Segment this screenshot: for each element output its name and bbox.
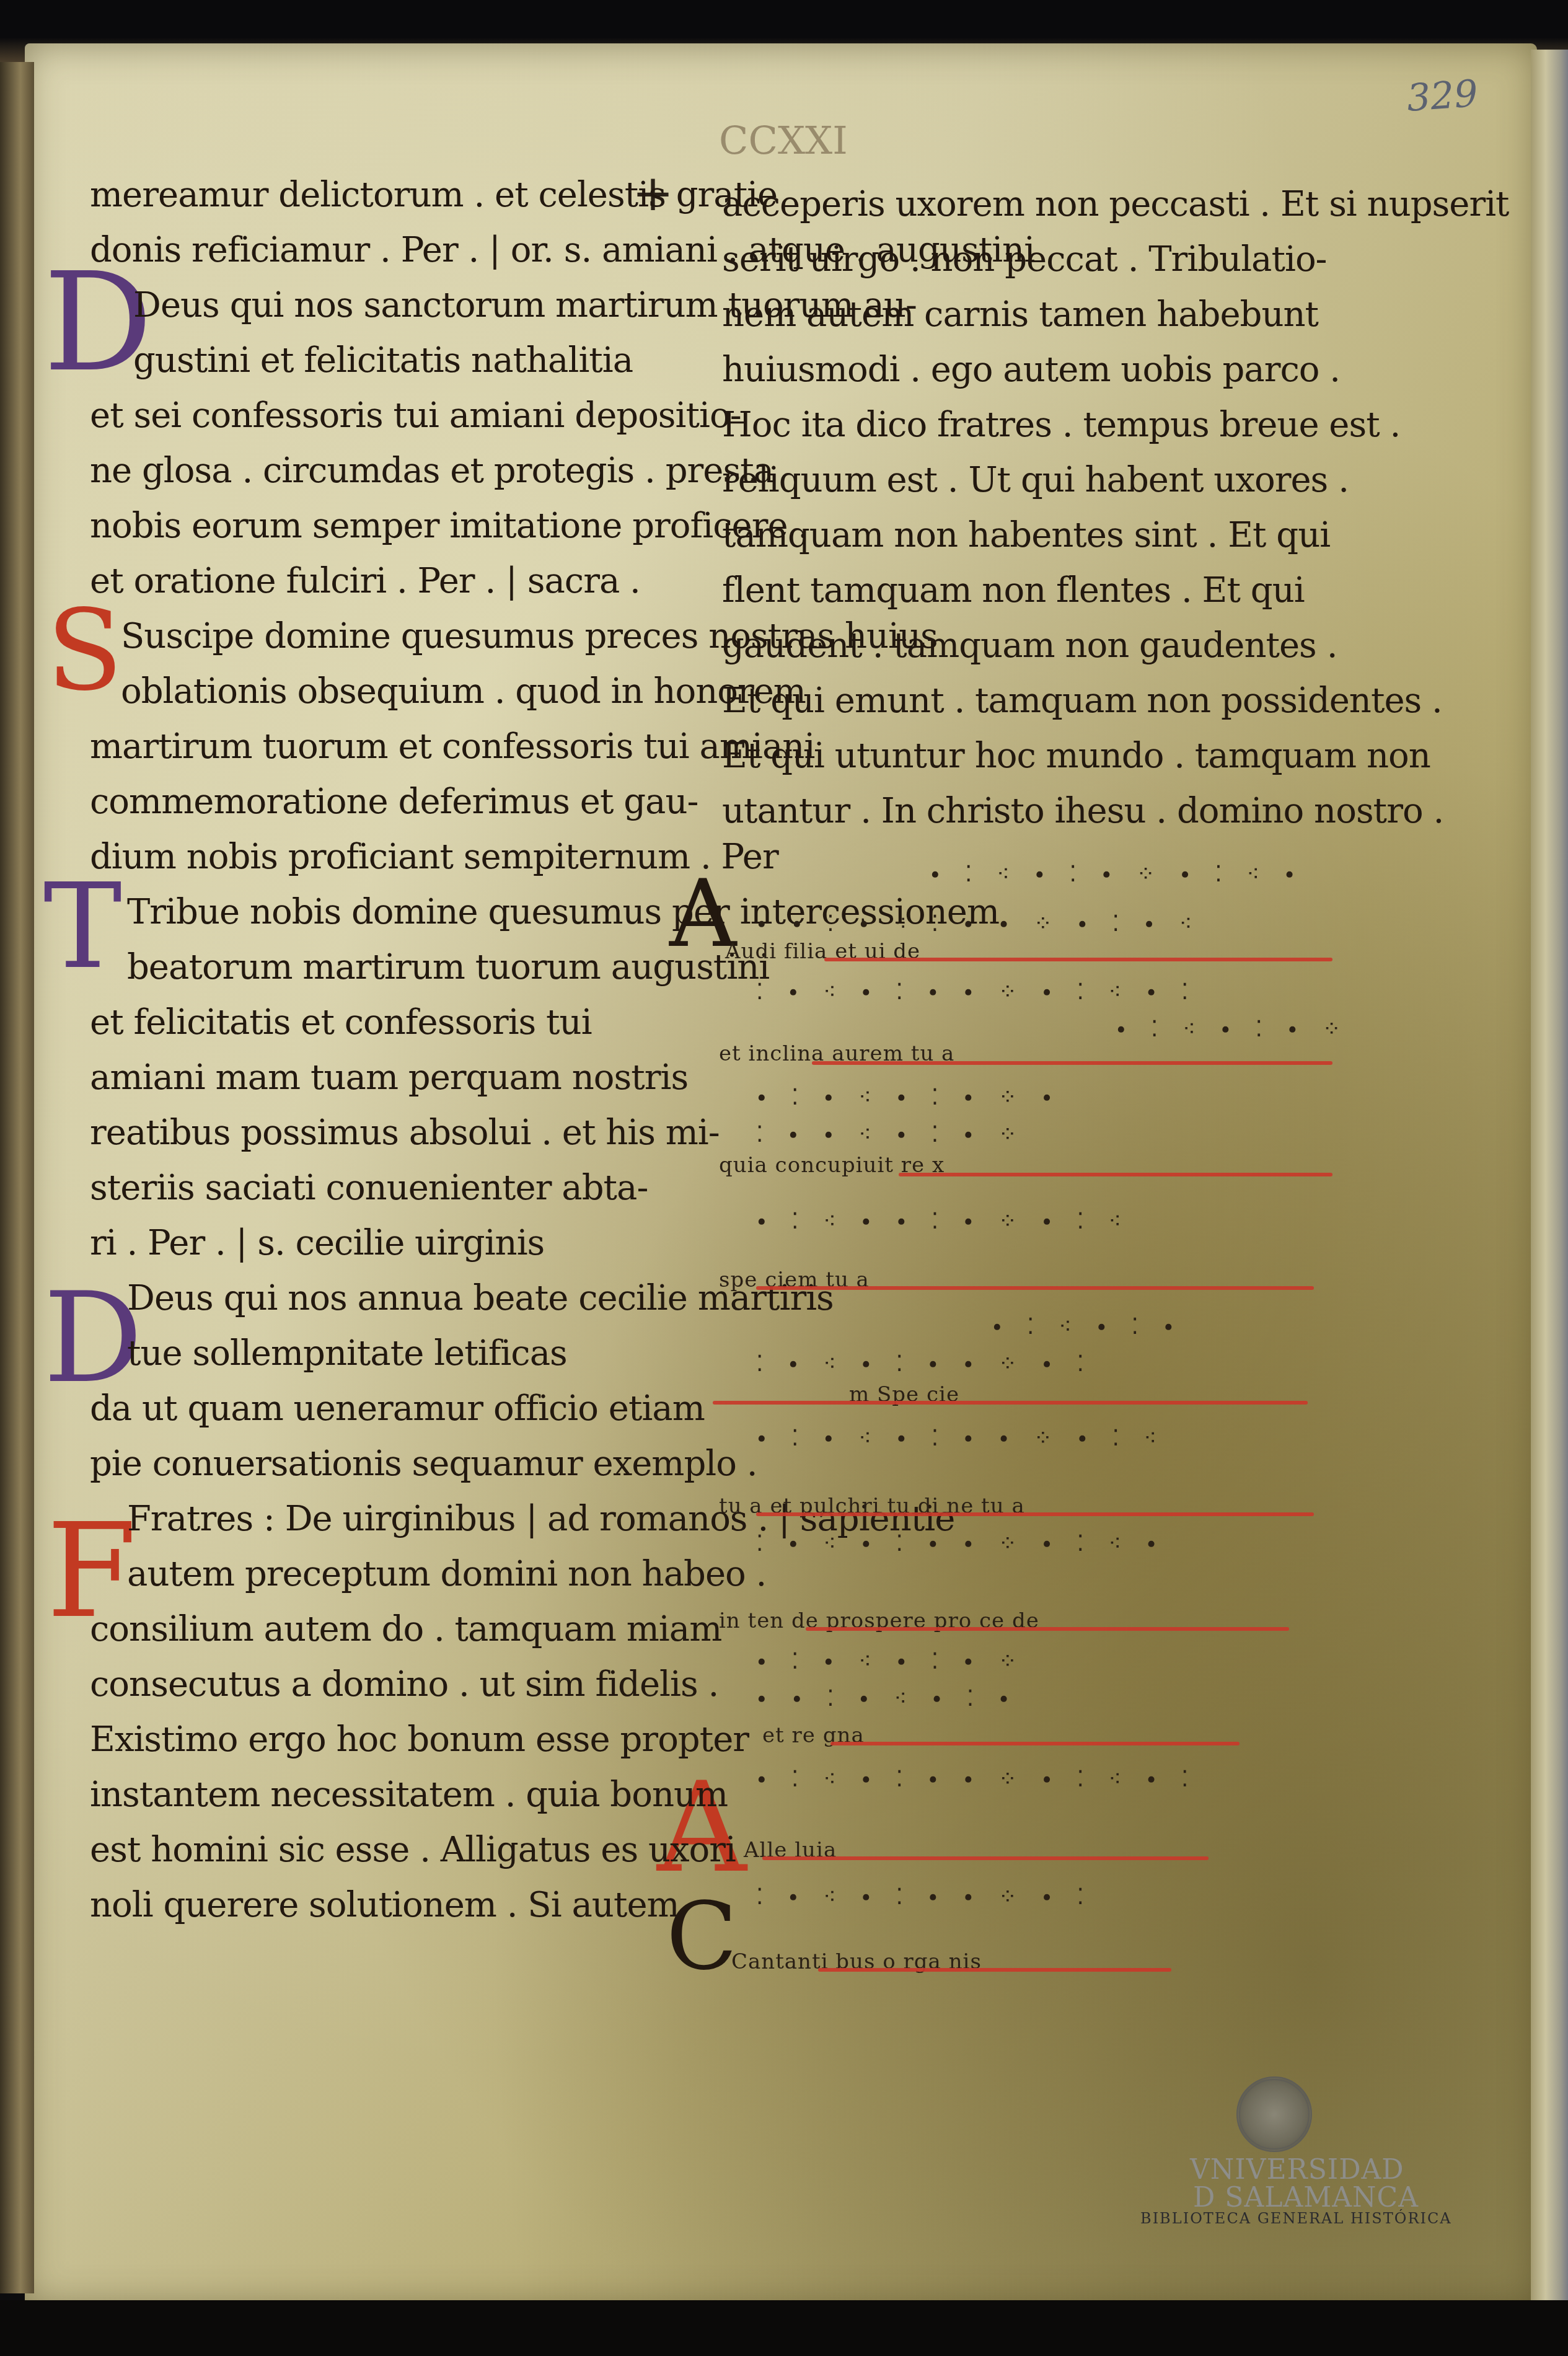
text-line: reliquum est . Ut qui habent uxores . — [722, 452, 1292, 508]
red-staff-line — [830, 1742, 1240, 1745]
text-line: da ut quam ueneramur officio etiam — [90, 1381, 660, 1436]
text-line: reatibus possimus absolui . et his mi- — [90, 1105, 660, 1160]
text-line: flent tamquam non flentes . Et qui — [722, 563, 1292, 618]
red-staff-line — [824, 958, 1332, 961]
folio-number: 329 — [1406, 72, 1479, 120]
text-line: est homini sic esse . Alligatus es uxori — [90, 1822, 660, 1877]
text-line: nem autem carnis tamen habebunt — [722, 287, 1292, 342]
neumes: ∙ ⁚ ∙ ⁖ ∙ ⁚ ∙ ⁘ — [756, 1649, 1026, 1674]
text-line: et sei confessoris tui amiani depositio- — [90, 388, 660, 443]
text-line: consilium autem do . tamquam miam — [90, 1602, 660, 1657]
text-line: Hoc ita dico fratres . tempus breue est … — [722, 397, 1292, 452]
text-line: Deus qui nos annua beate cecilie martiri… — [90, 1271, 660, 1326]
neumes: ∙ ⁚ ∙ ⁖ ∙ ⁚ ∙ ⁘ ∙ — [756, 1085, 1061, 1110]
red-staff-line — [818, 1968, 1171, 1972]
text-line: noli querere solutionem . Si autem — [90, 1877, 660, 1933]
text-line: et felicitatis et confessoris tui — [90, 995, 660, 1050]
neumes: ∙ ∙ ⁚ ∙ ⁖ ⁚ ∙ ∙ ⁘ ∙ ⁚ ∙ ⁖ — [756, 911, 1201, 937]
text-line: instantem necessitatem . quia bonum — [90, 1767, 660, 1822]
neumes: ∙ ⁚ ∙ ⁖ ∙ ⁚ ∙ ∙ ⁘ ∙ ⁚ ⁖ — [756, 1426, 1165, 1451]
text-line: dium nobis proficiant sempiternum . Per — [90, 829, 660, 885]
watermark-line-1: VNIVERSIDAD — [1190, 2154, 1404, 2186]
text-line: serit uirgo . non peccat . Tribulatio- — [722, 232, 1292, 287]
red-staff-line — [756, 1512, 1314, 1516]
text-line: beatorum martirum tuorum augustini — [90, 940, 660, 995]
text-line: commemoratione deferimus et gau- — [90, 774, 660, 829]
text-line: Et qui utuntur hoc mundo . tamquam non — [722, 728, 1292, 783]
text-line: Deus qui nos sanctorum martirum tuorum a… — [90, 278, 660, 333]
text-line: mereamur delictorum . et celestis gratie — [90, 167, 660, 223]
text-line: huiusmodi . ego autem uobis parco . — [722, 342, 1292, 397]
text-line: amiani mam tuam perquam nostris — [90, 1050, 660, 1105]
text-line: donis reficiamur . Per . | or. s. amiani… — [90, 223, 660, 278]
text-line: Existimo ergo hoc bonum esse propter — [90, 1712, 660, 1767]
text-line: consecutus a domino . ut sim fidelis . — [90, 1657, 660, 1712]
text-line: tue sollempnitate letificas — [90, 1326, 660, 1381]
neumes: ∙ ⁚ ⁖ ∙ ∙ ⁚ ∙ ⁘ ∙ ⁚ ⁖ — [756, 1209, 1130, 1234]
background-bottom — [0, 2300, 1568, 2356]
left-column-text: mereamur delictorum . et celestis gratie… — [90, 167, 660, 1933]
text-line: ne glosa . circumdas et protegis . prest… — [90, 443, 660, 498]
neumes: ⁚ ∙ ⁖ ∙ ⁚ ∙ ∙ ⁘ ∙ ⁚ — [756, 1884, 1093, 1910]
red-staff-line — [713, 1401, 1308, 1405]
text-line: et oratione fulciri . Per . | sacra . — [90, 554, 660, 609]
red-staff-line — [756, 1286, 1314, 1290]
text-line: nobis eorum semper imitatione proficere … — [90, 498, 660, 554]
neumes: ∙ ⁚ ⁖ ∙ ⁚ ∙ ⁘ ∙ ⁚ ⁖ ∙ — [930, 862, 1303, 887]
red-staff-line — [762, 1856, 1209, 1860]
text-line: autem preceptum domini non habeo . — [90, 1546, 660, 1602]
text-line: oblationis obsequium . quod in honorem — [90, 664, 660, 719]
quire-mark: CCXXI — [719, 118, 848, 163]
red-staff-line — [812, 1061, 1332, 1065]
right-column-text: acceperis uxorem non peccasti . Et si nu… — [722, 177, 1292, 839]
neumes: ⁚ ∙ ∙ ⁖ ∙ ⁚ ∙ ⁘ — [756, 1122, 1026, 1147]
page-fore-edge — [1531, 50, 1568, 2331]
text-line: Suscipe domine quesumus preces nostras h… — [90, 609, 660, 664]
text-line: Fratres : De uirginibus | ad romanos . |… — [90, 1491, 660, 1546]
text-line: Tribue nobis domine quesumus per interce… — [90, 885, 660, 940]
neumes: ⁚ ∙ ⁖ ∙ ⁚ ∙ ∙ ⁘ ∙ ⁚ ⁖ ∙ ⁚ — [756, 979, 1197, 1005]
text-line: gaudent . tamquam non gaudentes . — [722, 618, 1292, 673]
university-seal-icon — [1236, 2076, 1312, 2152]
book-spine — [0, 62, 34, 2293]
red-staff-line — [899, 1173, 1332, 1176]
neumes: ⁚ ∙ ⁖ ∙ ⁚ ∙ ∙ ⁘ ∙ ⁚ — [756, 1351, 1093, 1377]
text-line: pie conuersationis sequamur exemplo . — [90, 1436, 660, 1491]
neumes: ∙ ⁚ ⁖ ∙ ⁚ ∙ ⁘ — [1116, 1017, 1350, 1042]
text-line: acceperis uxorem non peccasti . Et si nu… — [722, 177, 1292, 232]
text-line: tamquam non habentes sint . Et qui — [722, 508, 1292, 563]
text-line: Et qui emunt . tamquam non possidentes . — [722, 673, 1292, 728]
text-line: steriis saciati conuenienter abta- — [90, 1160, 660, 1216]
neumes: ⁚ ∙ ⁖ ∙ ⁚ ∙ ∙ ⁘ ∙ ⁚ ⁖ ∙ — [756, 1531, 1165, 1556]
watermark-line-2: D SALAMANCA — [1193, 2182, 1419, 2213]
neumes: ∙ ∙ ⁚ ∙ ⁖ ∙ ⁚ ∙ — [756, 1686, 1018, 1711]
text-line: utantur . In christo ihesu . domino nost… — [722, 783, 1292, 839]
red-staff-line — [806, 1627, 1289, 1631]
watermark-line-3: BIBLIOTECA GENERAL HISTÓRICA — [1140, 2210, 1452, 2227]
text-line: gustini et felicitatis nathalitia — [90, 333, 660, 388]
neumes: ∙ ⁚ ⁖ ∙ ⁚ ∙ — [992, 1314, 1183, 1339]
text-line: ri . Per . | s. cecilie uirginis — [90, 1216, 660, 1271]
text-line: martirum tuorum et confessoris tui amian… — [90, 719, 660, 774]
neumes: ∙ ⁚ ⁖ ∙ ⁚ ∙ ∙ ⁘ ∙ ⁚ ⁖ ∙ ⁚ — [756, 1767, 1197, 1792]
